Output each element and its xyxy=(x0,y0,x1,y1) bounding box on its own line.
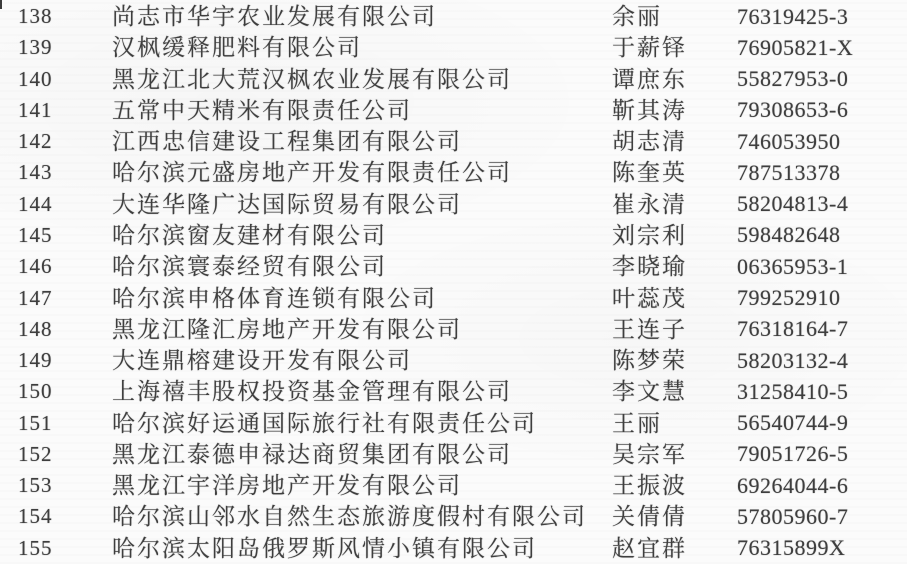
row-number-cell: 155 xyxy=(0,538,112,559)
company-name-cell: 江西忠信建设工程集团有限公司 xyxy=(112,130,612,153)
table-row: 151哈尔滨好运通国际旅行社有限责任公司王丽56540744-9 xyxy=(0,407,907,438)
table-row: 145哈尔滨窗友建材有限公司刘宗利598482648 xyxy=(0,220,907,251)
person-name-cell: 陈梦荣 xyxy=(612,349,737,372)
row-number-cell: 152 xyxy=(0,444,112,465)
person-name-cell: 吴宗军 xyxy=(612,443,737,466)
table-row: 146哈尔滨寰泰经贸有限公司李晓瑜06365953-1 xyxy=(0,251,907,282)
credit-code-cell: 56540744-9 xyxy=(737,412,907,434)
person-name-cell: 谭庶东 xyxy=(612,68,737,91)
row-number-cell: 148 xyxy=(0,319,112,340)
credit-code-cell: 598482648 xyxy=(737,224,907,246)
credit-code-cell: 76905821-X xyxy=(737,37,907,59)
table-row: 140黑龙江北大荒汉枫农业发展有限公司谭庶东55827953-0 xyxy=(0,64,907,95)
document-page: 138尚志市华宇农业发展有限公司余丽76319425-3139汉枫缓释肥料有限公… xyxy=(0,0,907,564)
company-name-cell: 上海禧丰股权投资基金管理有限公司 xyxy=(112,380,612,403)
row-number-cell: 144 xyxy=(0,194,112,215)
row-number-cell: 139 xyxy=(0,37,112,58)
row-number-cell: 141 xyxy=(0,100,112,121)
credit-code-cell: 79308653-6 xyxy=(737,99,907,121)
table-row: 152黑龙江泰德申禄达商贸集团有限公司吴宗军79051726-5 xyxy=(0,439,907,470)
row-number-cell: 143 xyxy=(0,162,112,183)
person-name-cell: 叶蕊茂 xyxy=(612,287,737,310)
credit-code-cell: 57805960-7 xyxy=(737,506,907,528)
credit-code-cell: 06365953-1 xyxy=(737,256,907,278)
company-name-cell: 黑龙江宇洋房地产开发有限公司 xyxy=(112,474,612,497)
company-name-cell: 哈尔滨申格体育连锁有限公司 xyxy=(112,287,612,310)
company-table: 138尚志市华宇农业发展有限公司余丽76319425-3139汉枫缓释肥料有限公… xyxy=(0,1,907,564)
company-name-cell: 黑龙江隆汇房地产开发有限公司 xyxy=(112,318,612,341)
table-row: 147哈尔滨申格体育连锁有限公司叶蕊茂799252910 xyxy=(0,282,907,313)
row-number-cell: 145 xyxy=(0,225,112,246)
company-name-cell: 哈尔滨太阳岛俄罗斯风情小镇有限公司 xyxy=(112,537,612,560)
table-row: 150上海禧丰股权投资基金管理有限公司李文慧31258410-5 xyxy=(0,376,907,407)
company-name-cell: 汉枫缓释肥料有限公司 xyxy=(112,36,612,59)
credit-code-cell: 58203132-4 xyxy=(737,350,907,372)
credit-code-cell: 787513378 xyxy=(737,162,907,184)
person-name-cell: 于薪铎 xyxy=(612,36,737,59)
credit-code-cell: 79051726-5 xyxy=(737,443,907,465)
table-row: 138尚志市华宇农业发展有限公司余丽76319425-3 xyxy=(0,1,907,32)
company-name-cell: 哈尔滨元盛房地产开发有限责任公司 xyxy=(112,161,612,184)
company-name-cell: 哈尔滨窗友建材有限公司 xyxy=(112,224,612,247)
credit-code-cell: 746053950 xyxy=(737,131,907,153)
credit-code-cell: 58204813-4 xyxy=(737,193,907,215)
credit-code-cell: 55827953-0 xyxy=(737,68,907,90)
company-name-cell: 哈尔滨寰泰经贸有限公司 xyxy=(112,255,612,278)
table-row: 149大连鼎榕建设开发有限公司陈梦荣58203132-4 xyxy=(0,345,907,376)
company-name-cell: 黑龙江北大荒汉枫农业发展有限公司 xyxy=(112,68,612,91)
person-name-cell: 关倩倩 xyxy=(612,505,737,528)
person-name-cell: 李文慧 xyxy=(612,380,737,403)
person-name-cell: 李晓瑜 xyxy=(612,255,737,278)
person-name-cell: 赵宜群 xyxy=(612,537,737,560)
row-number-cell: 147 xyxy=(0,288,112,309)
table-row: 153黑龙江宇洋房地产开发有限公司王振波69264044-6 xyxy=(0,470,907,501)
company-name-cell: 黑龙江泰德申禄达商贸集团有限公司 xyxy=(112,443,612,466)
person-name-cell: 陈奎英 xyxy=(612,161,737,184)
company-name-cell: 五常中天精米有限责任公司 xyxy=(112,99,612,122)
person-name-cell: 刘宗利 xyxy=(612,224,737,247)
company-name-cell: 大连华隆广达国际贸易有限公司 xyxy=(112,193,612,216)
company-name-cell: 尚志市华宇农业发展有限公司 xyxy=(112,5,612,28)
person-name-cell: 余丽 xyxy=(612,5,737,28)
person-name-cell: 靳其涛 xyxy=(612,99,737,122)
table-row: 141五常中天精米有限责任公司靳其涛79308653-6 xyxy=(0,95,907,126)
row-number-cell: 146 xyxy=(0,256,112,277)
credit-code-cell: 76318164-7 xyxy=(737,318,907,340)
person-name-cell: 王振波 xyxy=(612,474,737,497)
table-row: 143哈尔滨元盛房地产开发有限责任公司陈奎英787513378 xyxy=(0,157,907,188)
row-number-cell: 150 xyxy=(0,381,112,402)
row-number-cell: 138 xyxy=(0,6,112,27)
company-name-cell: 哈尔滨好运通国际旅行社有限责任公司 xyxy=(112,412,612,435)
table-row: 148黑龙江隆汇房地产开发有限公司王连子76318164-7 xyxy=(0,314,907,345)
credit-code-cell: 76315899X xyxy=(737,537,907,559)
table-row: 144大连华隆广达国际贸易有限公司崔永清58204813-4 xyxy=(0,189,907,220)
table-row: 154哈尔滨山邻水自然生态旅游度假村有限公司关倩倩57805960-7 xyxy=(0,501,907,532)
row-number-cell: 142 xyxy=(0,131,112,152)
row-number-cell: 140 xyxy=(0,69,112,90)
person-name-cell: 王连子 xyxy=(612,318,737,341)
credit-code-cell: 69264044-6 xyxy=(737,475,907,497)
company-name-cell: 哈尔滨山邻水自然生态旅游度假村有限公司 xyxy=(112,505,612,528)
row-number-cell: 149 xyxy=(0,350,112,371)
row-number-cell: 154 xyxy=(0,506,112,527)
table-row: 139汉枫缓释肥料有限公司于薪铎76905821-X xyxy=(0,32,907,63)
table-row: 155哈尔滨太阳岛俄罗斯风情小镇有限公司赵宜群76315899X xyxy=(0,533,907,564)
row-number-cell: 151 xyxy=(0,413,112,434)
person-name-cell: 王丽 xyxy=(612,412,737,435)
table-row: 142江西忠信建设工程集团有限公司胡志清746053950 xyxy=(0,126,907,157)
company-name-cell: 大连鼎榕建设开发有限公司 xyxy=(112,349,612,372)
person-name-cell: 胡志清 xyxy=(612,130,737,153)
row-number-cell: 153 xyxy=(0,475,112,496)
person-name-cell: 崔永清 xyxy=(612,193,737,216)
credit-code-cell: 31258410-5 xyxy=(737,381,907,403)
credit-code-cell: 76319425-3 xyxy=(737,6,907,28)
credit-code-cell: 799252910 xyxy=(737,287,907,309)
